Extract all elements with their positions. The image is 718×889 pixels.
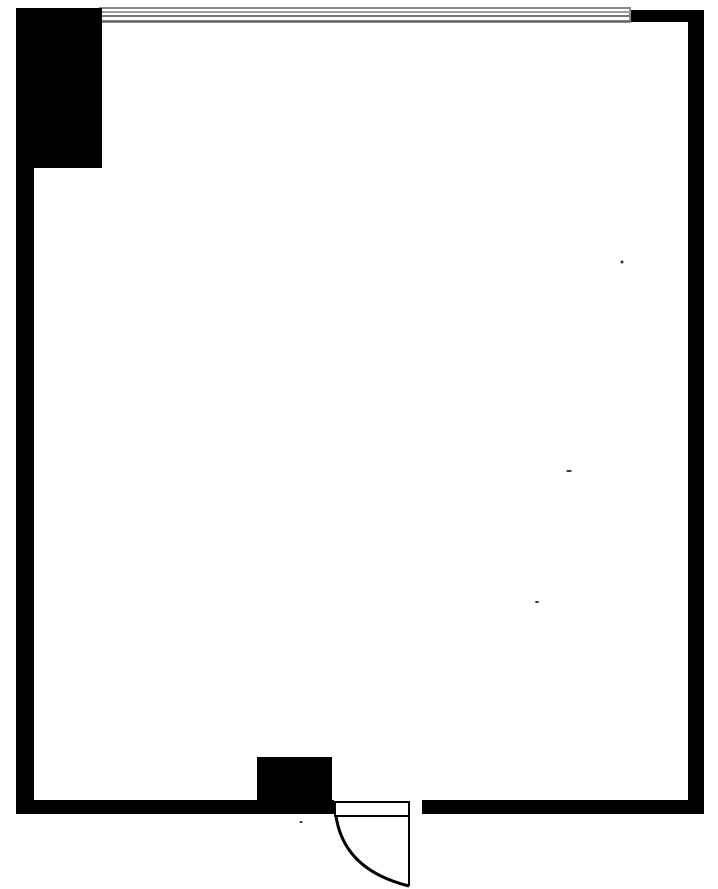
bottom-wall-right <box>422 800 704 814</box>
bottom-column <box>257 757 332 807</box>
door-frame <box>335 802 409 816</box>
top-wall-right <box>628 10 704 22</box>
exterior-walls <box>16 8 704 814</box>
top-window <box>100 8 630 22</box>
entry-door[interactable] <box>335 802 409 886</box>
right-wall <box>688 10 704 814</box>
scan-artifacts <box>300 261 624 824</box>
door-swing-arc <box>336 816 409 886</box>
top-left-column <box>18 8 102 168</box>
floor-plan <box>0 0 718 889</box>
